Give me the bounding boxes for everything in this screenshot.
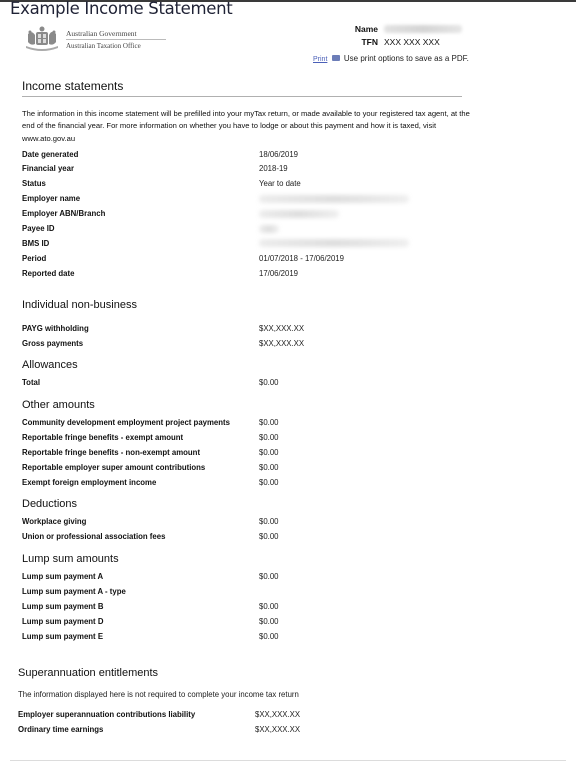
row-value: $0.00 bbox=[259, 378, 279, 387]
row-label: PAYG withholding bbox=[22, 324, 259, 333]
row-value: $0.00 bbox=[259, 572, 279, 581]
print-instructions: Print Use print options to save as a PDF… bbox=[313, 54, 469, 63]
ato-logo: Australian Government Australian Taxatio… bbox=[22, 24, 157, 54]
redacted-value bbox=[259, 225, 279, 233]
tfn-value: XXX XXX XXX bbox=[384, 37, 440, 47]
superannuation-note: The information displayed here is not re… bbox=[18, 690, 299, 699]
statement-row: Gross payments$XX,XXX.XX bbox=[22, 336, 482, 350]
row-value: $0.00 bbox=[259, 517, 279, 526]
statement-row: Workplace giving$0.00 bbox=[22, 514, 482, 528]
income-statements-heading: Income statements bbox=[22, 79, 462, 97]
row-label: Total bbox=[22, 378, 259, 387]
row-value: 17/06/2019 bbox=[259, 269, 298, 278]
row-label: Period bbox=[22, 254, 259, 263]
row-value: $0.00 bbox=[259, 602, 279, 611]
statement-row: Reportable fringe benefits - non-exempt … bbox=[22, 445, 482, 459]
statement-row: BMS ID bbox=[22, 236, 482, 250]
statement-row: Union or professional association fees$0… bbox=[22, 529, 482, 543]
logo-line-ato: Australian Taxation Office bbox=[66, 42, 141, 50]
statement-row: Reportable fringe benefits - exempt amou… bbox=[22, 430, 482, 444]
tfn-row: TFN XXX XXX XXX bbox=[330, 35, 550, 48]
row-value: 18/06/2019 bbox=[259, 150, 298, 159]
row-label: Gross payments bbox=[22, 339, 259, 348]
row-label: Lump sum payment B bbox=[22, 602, 259, 611]
name-row: Name bbox=[330, 22, 550, 35]
print-link[interactable]: Print bbox=[313, 56, 327, 63]
identity-block: Name TFN XXX XXX XXX bbox=[330, 22, 550, 48]
row-value: 2018-19 bbox=[259, 164, 288, 173]
statement-row: Lump sum payment A$0.00 bbox=[22, 569, 482, 583]
name-label: Name bbox=[330, 24, 384, 34]
lump-sum-heading: Lump sum amounts bbox=[22, 553, 119, 565]
row-value: $0.00 bbox=[259, 478, 279, 487]
allowances-heading: Allowances bbox=[22, 359, 78, 371]
row-value: $0.00 bbox=[259, 448, 279, 457]
intro-text: The information in this income statement… bbox=[22, 108, 482, 145]
row-label: Reportable fringe benefits - non-exempt … bbox=[22, 448, 259, 457]
statement-row: Community development employment project… bbox=[22, 415, 482, 429]
row-label: Workplace giving bbox=[22, 517, 259, 526]
row-value: $0.00 bbox=[259, 433, 279, 442]
statement-row: Lump sum payment D$0.00 bbox=[22, 614, 482, 628]
row-label: Community development employment project… bbox=[22, 418, 259, 427]
row-value: $XX,XXX.XX bbox=[255, 710, 300, 719]
row-label: Employer ABN/Branch bbox=[22, 209, 259, 218]
row-label: Reportable employer super amount contrib… bbox=[22, 463, 259, 472]
row-value: $0.00 bbox=[259, 532, 279, 541]
row-value: $0.00 bbox=[259, 418, 279, 427]
statement-row: Lump sum payment A - type bbox=[22, 584, 482, 598]
row-label: BMS ID bbox=[22, 239, 259, 248]
row-label: Status bbox=[22, 179, 259, 188]
row-label: Lump sum payment A - type bbox=[22, 587, 259, 596]
other-amounts-heading: Other amounts bbox=[22, 399, 95, 411]
statement-row: Total$0.00 bbox=[22, 375, 482, 389]
row-value: $XX,XXX.XX bbox=[259, 339, 304, 348]
statement-row: Financial year2018-19 bbox=[22, 162, 482, 176]
redacted-value bbox=[259, 195, 409, 203]
row-label: Payee ID bbox=[22, 224, 259, 233]
individual-non-business-heading: Individual non-business bbox=[22, 299, 137, 311]
statement-row: Reportable employer super amount contrib… bbox=[22, 460, 482, 474]
row-label: Lump sum payment D bbox=[22, 617, 259, 626]
row-label: Union or professional association fees bbox=[22, 532, 259, 541]
statement-row: StatusYear to date bbox=[22, 177, 482, 191]
statement-row: Lump sum payment E$0.00 bbox=[22, 629, 482, 643]
footer-divider bbox=[10, 760, 566, 761]
statement-row: Date generated18/06/2019 bbox=[22, 147, 482, 161]
printer-icon[interactable] bbox=[332, 55, 340, 61]
statement-row: Payee ID bbox=[22, 222, 482, 236]
statement-row: Ordinary time earnings$XX,XXX.XX bbox=[18, 722, 478, 736]
superannuation-heading: Superannuation entitlements bbox=[18, 667, 158, 679]
print-instruction-text: Use print options to save as a PDF. bbox=[344, 54, 469, 63]
row-label: Financial year bbox=[22, 164, 259, 173]
row-value: 01/07/2018 - 17/06/2019 bbox=[259, 254, 344, 263]
statement-row: Employer ABN/Branch bbox=[22, 207, 482, 221]
row-label: Employer superannuation contributions li… bbox=[18, 710, 255, 719]
row-label: Employer name bbox=[22, 194, 259, 203]
row-label: Reported date bbox=[22, 269, 259, 278]
tfn-label: TFN bbox=[330, 37, 384, 47]
row-label: Lump sum payment A bbox=[22, 572, 259, 581]
logo-divider bbox=[66, 39, 166, 40]
row-label: Exempt foreign employment income bbox=[22, 478, 259, 487]
row-label: Ordinary time earnings bbox=[18, 725, 255, 734]
row-value: $XX,XXX.XX bbox=[259, 324, 304, 333]
row-label: Lump sum payment E bbox=[22, 632, 259, 641]
logo-line-government: Australian Government bbox=[66, 29, 137, 38]
coat-of-arms-icon bbox=[22, 24, 62, 54]
document-title: Example Income Statement bbox=[10, 0, 232, 18]
row-value: $0.00 bbox=[259, 617, 279, 626]
deductions-heading: Deductions bbox=[22, 498, 77, 510]
statement-row: Period01/07/2018 - 17/06/2019 bbox=[22, 251, 482, 265]
row-label: Reportable fringe benefits - exempt amou… bbox=[22, 433, 259, 442]
redacted-value bbox=[259, 210, 339, 218]
row-value: $0.00 bbox=[259, 632, 279, 641]
row-label: Date generated bbox=[22, 150, 259, 159]
name-value-redacted bbox=[384, 25, 462, 33]
row-value: $0.00 bbox=[259, 463, 279, 472]
statement-row: PAYG withholding$XX,XXX.XX bbox=[22, 321, 482, 335]
statement-row: Employer name bbox=[22, 192, 482, 206]
row-value: Year to date bbox=[259, 179, 301, 188]
statement-row: Exempt foreign employment income$0.00 bbox=[22, 475, 482, 489]
statement-row: Reported date17/06/2019 bbox=[22, 266, 482, 280]
row-value: $XX,XXX.XX bbox=[255, 725, 300, 734]
statement-row: Lump sum payment B$0.00 bbox=[22, 599, 482, 613]
redacted-value bbox=[259, 239, 409, 247]
statement-row: Employer superannuation contributions li… bbox=[18, 707, 478, 721]
